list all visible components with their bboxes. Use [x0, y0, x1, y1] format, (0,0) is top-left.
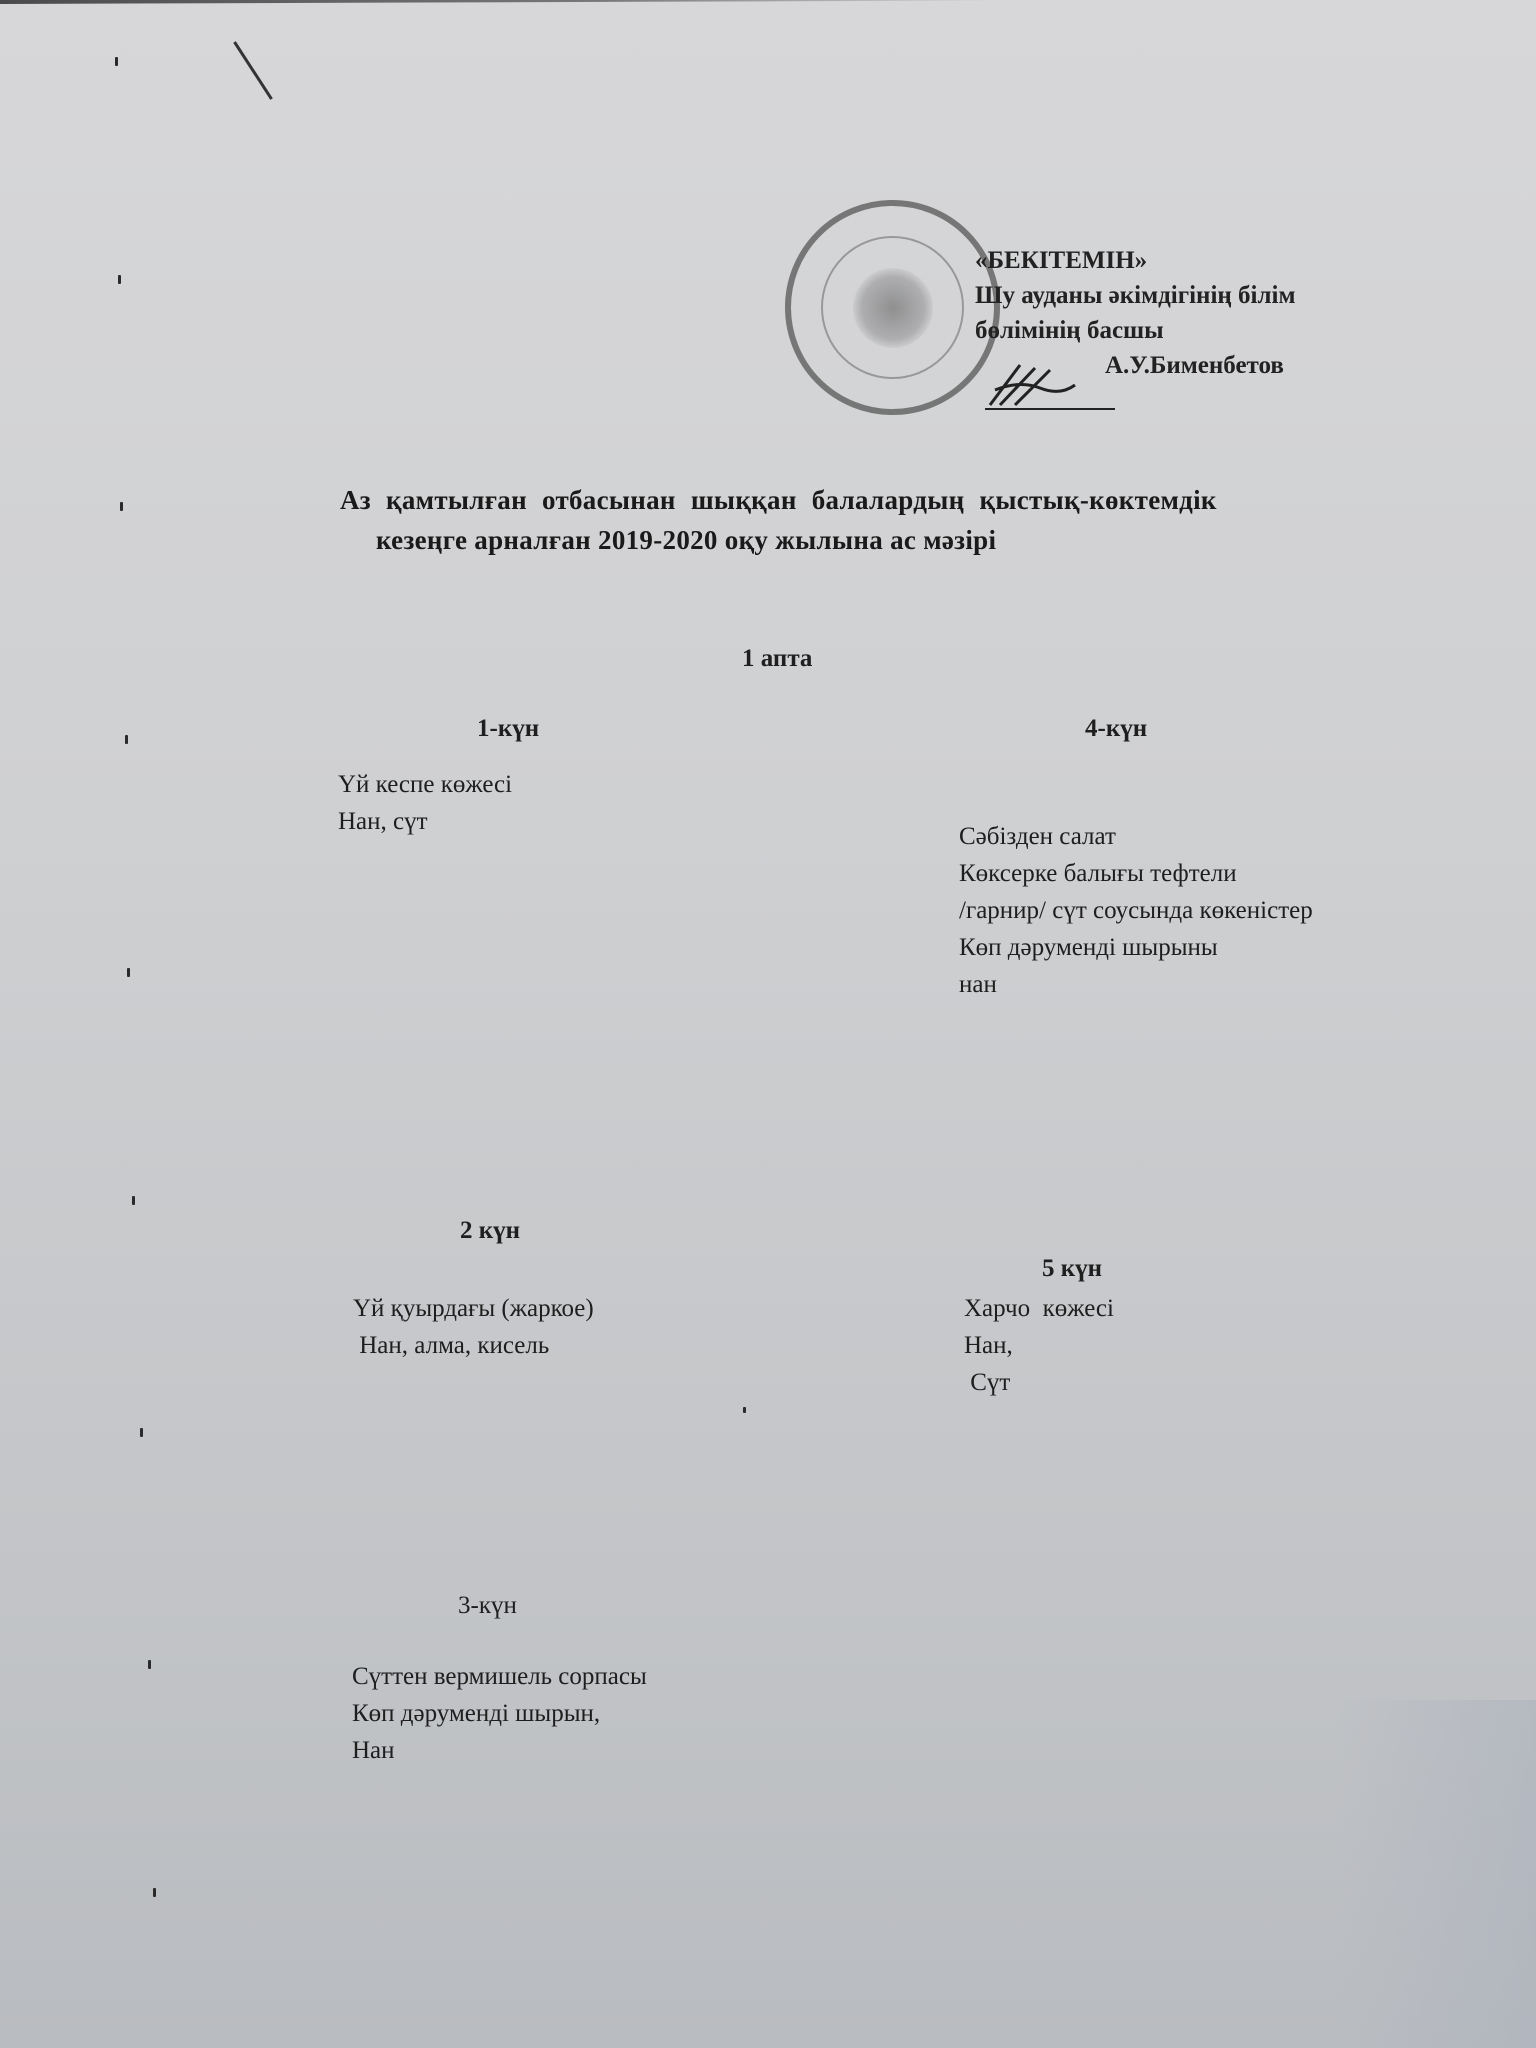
- menu-item: Харчо көжесі: [964, 1290, 1114, 1327]
- menu-item: /гарнир/ сүт соусында көкеністер: [959, 892, 1313, 929]
- menu-item: Нан,: [964, 1327, 1114, 1364]
- day-1-heading: 1-күн: [477, 715, 539, 743]
- pen-stroke: [233, 41, 273, 100]
- day-1-menu: Үй кеспе көжесі Нан, сүт: [338, 766, 512, 840]
- margin-mark: [125, 735, 128, 744]
- margin-mark: [148, 1660, 151, 1669]
- approval-line-2: бөлімінің басшы: [975, 313, 1296, 348]
- margin-mark: [120, 502, 123, 511]
- official-stamp: [785, 200, 1000, 415]
- menu-item: Нан, алма, кисель: [353, 1327, 594, 1364]
- margin-mark: [743, 1407, 746, 1413]
- day-5-heading: 5 күн: [1042, 1255, 1102, 1283]
- day-2-heading: 2 күн: [460, 1217, 520, 1245]
- week-label: 1 апта: [742, 645, 812, 673]
- title-line-2: кезеңге арналған 2019-2020 оқу жылына ас…: [340, 520, 1217, 560]
- signature-line: [985, 408, 1115, 410]
- day-5-menu: Харчо көжесі Нан, Сүт: [964, 1290, 1114, 1401]
- margin-mark: [115, 57, 118, 66]
- day-2-menu: Үй қуырдағы (жаркое) Нан, алма, кисель: [353, 1290, 594, 1364]
- menu-item: Сүт: [964, 1364, 1114, 1401]
- menu-item: Үй қуырдағы (жаркое): [353, 1290, 594, 1327]
- day-3-menu: Сүттен вермишель сорпасы Көп дәруменді ш…: [352, 1658, 647, 1769]
- margin-mark: [140, 1428, 143, 1437]
- menu-item: Сүттен вермишель сорпасы: [352, 1658, 647, 1695]
- margin-mark: [132, 1196, 135, 1205]
- menu-item: Көп дәруменді шырын,: [352, 1695, 647, 1732]
- menu-item: Көп дәруменді шырыны: [959, 929, 1313, 966]
- margin-mark: [127, 968, 130, 977]
- day-4-heading: 4-күн: [1085, 715, 1147, 743]
- menu-item: Нан, сүт: [338, 803, 512, 840]
- paper-shadow: [1336, 1700, 1536, 2048]
- menu-item: нан: [959, 966, 1313, 1003]
- title-line-1: Аз қамтылған отбасынан шыққан балалардың…: [340, 480, 1217, 520]
- paper-top-edge: [0, 0, 1000, 4]
- menu-item: Көксерке балығы тефтели: [959, 855, 1313, 892]
- document-title: Аз қамтылған отбасынан шыққан балалардың…: [340, 480, 1217, 560]
- margin-mark: [153, 1888, 156, 1897]
- signature-icon: [980, 360, 1110, 410]
- day-3-heading: 3-күн: [458, 1592, 517, 1620]
- menu-item: Үй кеспе көжесі: [338, 766, 512, 803]
- day-4-menu: Сәбізден салат Көксерке балығы тефтели /…: [959, 818, 1313, 1003]
- approval-stamp-word: «БЕКІТЕМІН»: [975, 243, 1296, 278]
- menu-item: Сәбізден салат: [959, 818, 1313, 855]
- state-emblem-icon: [853, 268, 933, 348]
- approval-line-1: Шу ауданы әкімдігінің білім: [975, 278, 1296, 313]
- margin-mark: [118, 275, 121, 284]
- menu-item: Нан: [352, 1732, 647, 1769]
